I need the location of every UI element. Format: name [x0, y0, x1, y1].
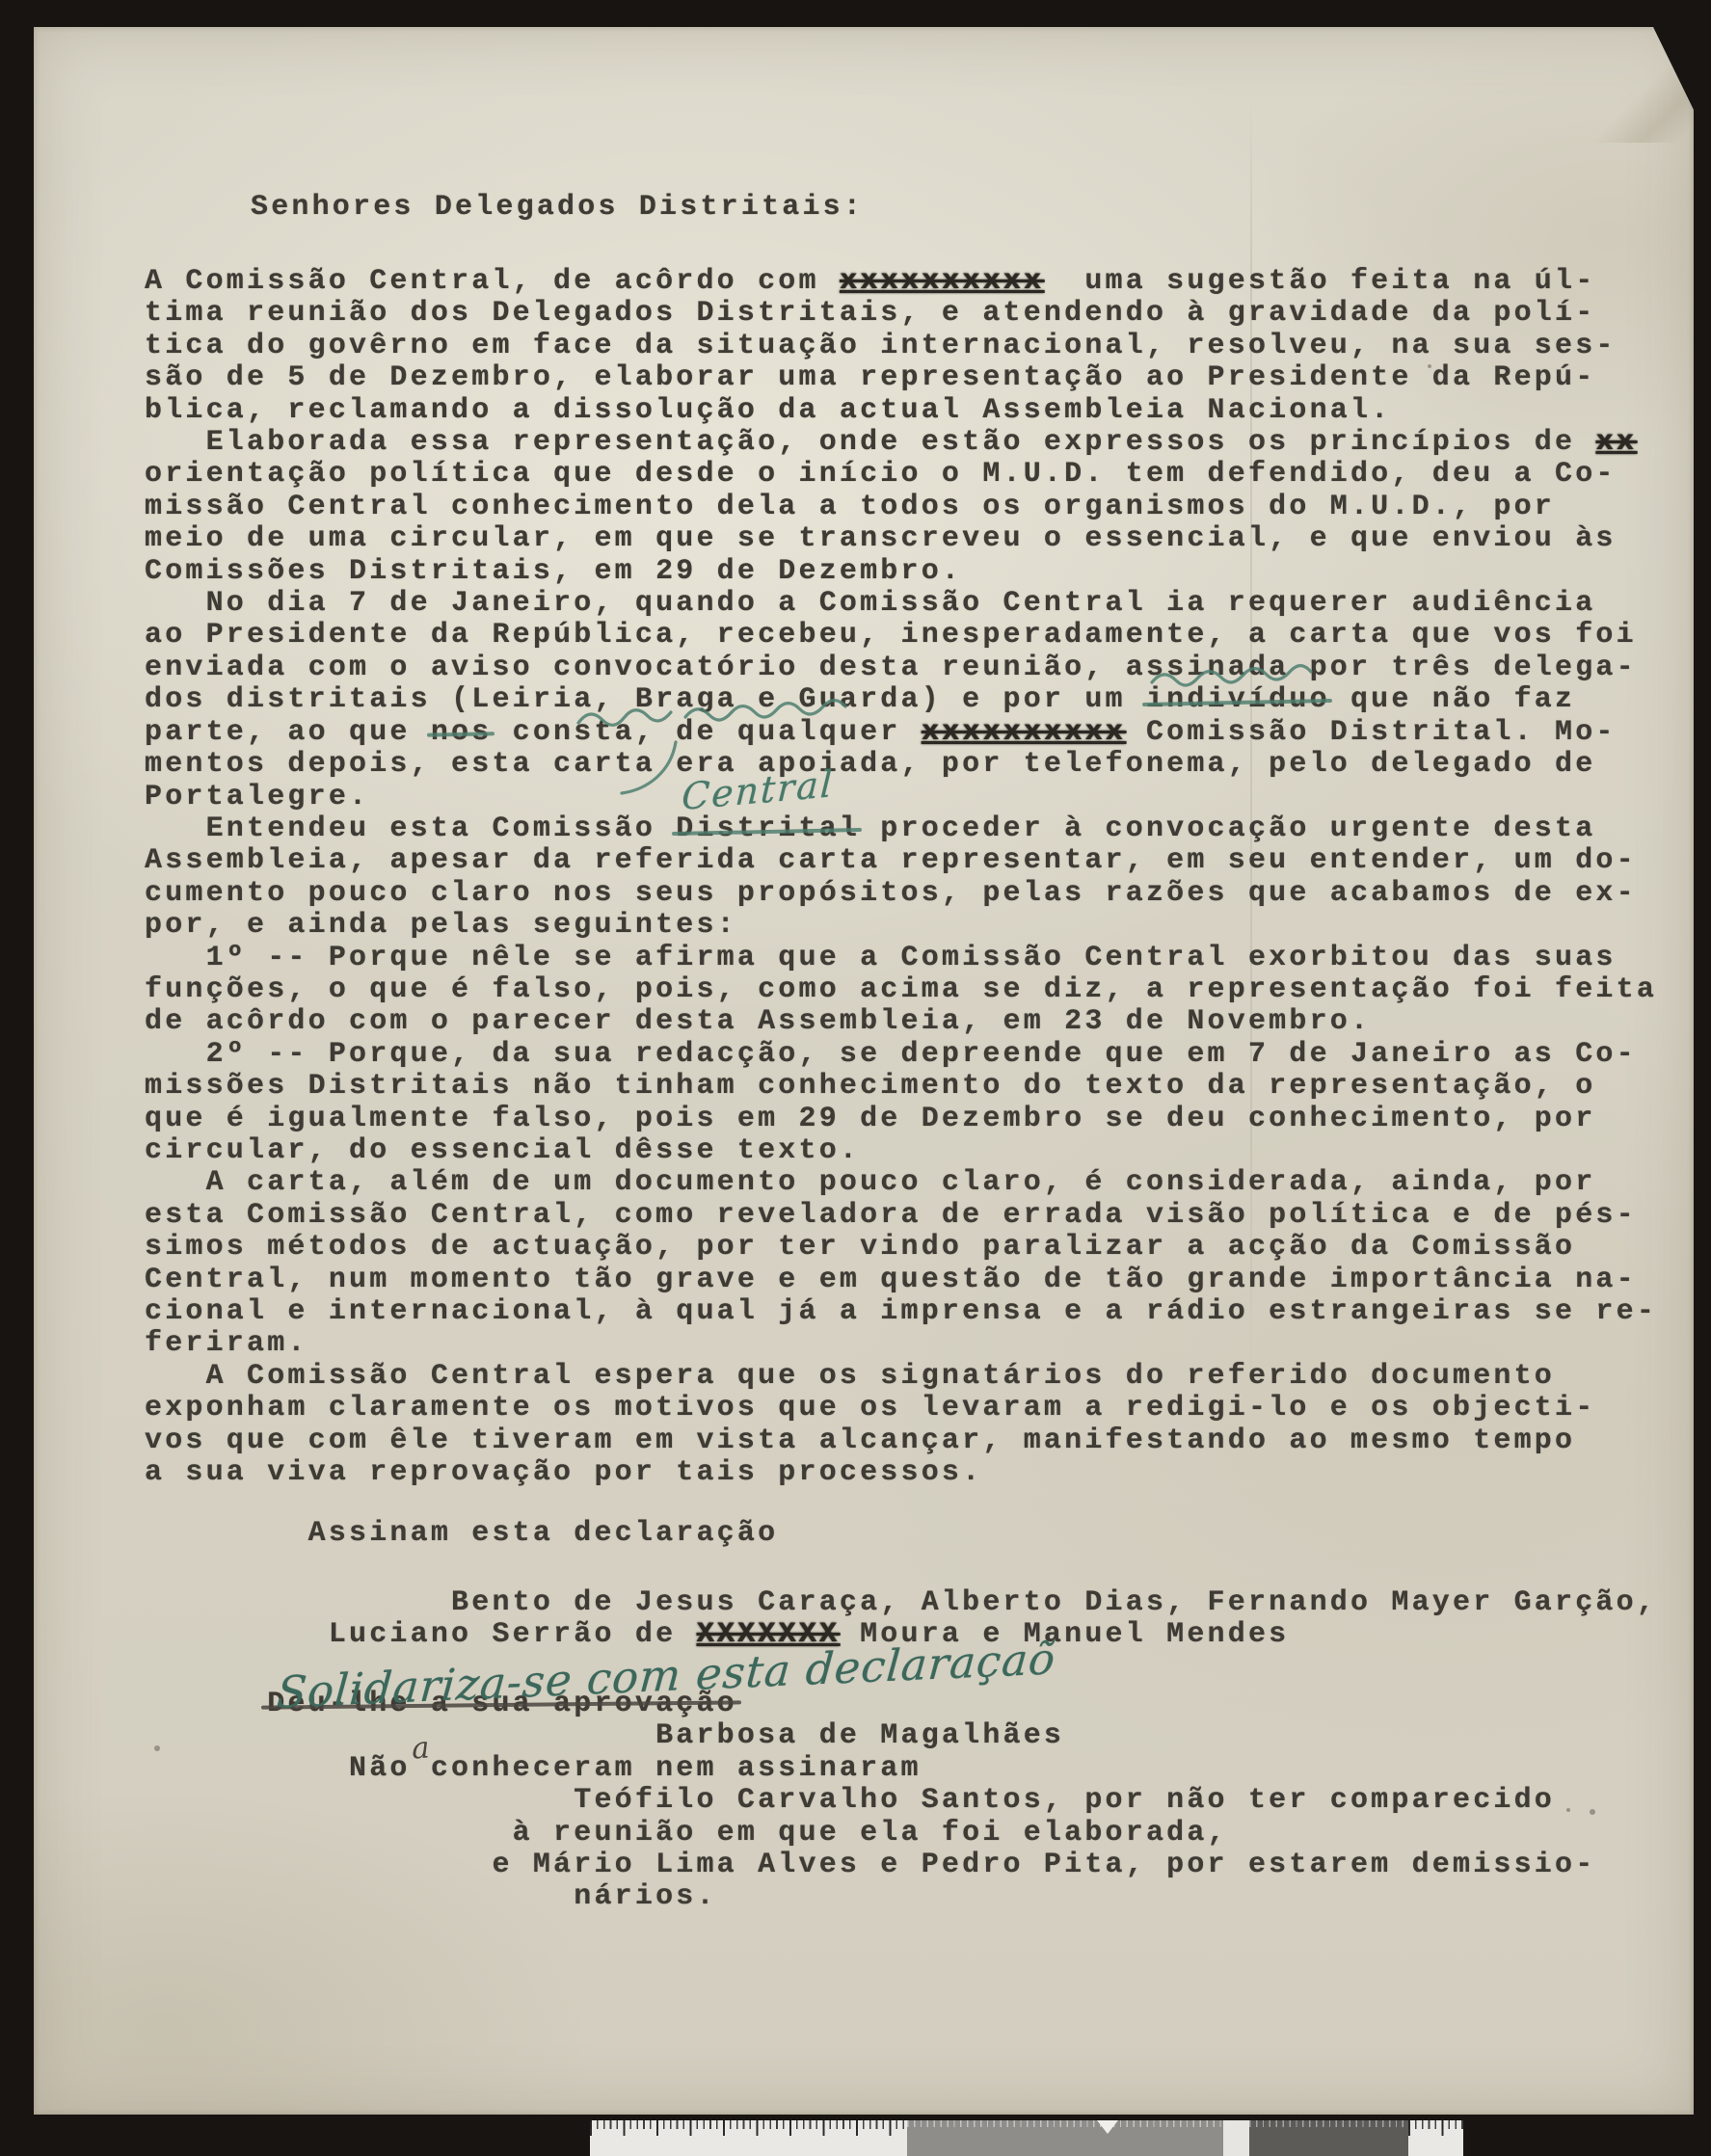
typed-segment: Assembleia, apesar da referida carta rep… [145, 844, 1637, 877]
typed-line: vos que com êle tiveram em vista alcança… [145, 1425, 1657, 1457]
text-block-heading: Senhores Delegados Distritais: [251, 192, 864, 224]
typed-segment: uma sugestão feita na úl- [1044, 265, 1595, 298]
typed-segment: Senhores Delegados Distritais: [251, 191, 864, 224]
typed-line: missão Central conhecimento dela a todos… [145, 492, 1657, 523]
typed-line: 2º -- Porque, da sua redacção, se depree… [145, 1039, 1657, 1071]
typed-line: missões Distritais não tinham conhecimen… [145, 1071, 1657, 1103]
typed-segment: por, e ainda pelas seguintes: [145, 909, 737, 942]
typed-segment: cumento pouco claro nos seus propósitos,… [145, 877, 1637, 910]
typed-line: esta Comissão Central, como reveladora d… [145, 1200, 1657, 1232]
scan-ruler-gray [907, 2120, 1223, 2156]
typed-segment: que é igualmente falso, pois em 29 de De… [145, 1103, 1595, 1135]
typed-segment: esta Comissão Central, como reveladora d… [145, 1199, 1637, 1232]
typed-line: A carta, além de um documento pouco clar… [145, 1167, 1657, 1199]
overtyped-deletion: xx [1595, 426, 1636, 459]
typed-segment: Comissão Distrital. Mo- [1126, 716, 1617, 749]
typed-segment: são de 5 de Dezembro, elaborar uma repre… [145, 361, 1595, 394]
typed-segment: simos métodos de actuação, por ter vindo… [145, 1231, 1575, 1264]
typed-line: No dia 7 de Janeiro, quando a Comissão C… [145, 588, 1657, 620]
typed-segment: proceder à convocação urgente desta [860, 812, 1595, 845]
typed-segment: 1º -- Porque nêle se afirma que a Comiss… [145, 942, 1617, 974]
pen-strikethrough: nos [431, 716, 493, 749]
typed-segment: Portalegre. [145, 781, 369, 813]
typed-line: cumento pouco claro nos seus propósitos,… [145, 878, 1657, 910]
corner-fold-shade [1537, 27, 1701, 143]
scan-ruler-dark [1249, 2120, 1408, 2156]
typed-line: parte, ao que nos consta, de qualquer xx… [145, 717, 1657, 749]
typed-line: mentos depois, esta carta era apoiada, p… [145, 749, 1657, 781]
text-block-body: A Comissão Central, de acôrdo com xxxxxx… [145, 266, 1657, 1489]
typed-segment: exponham claramente os motivos que os le… [145, 1392, 1595, 1424]
text-block-declaration-lead: Assinam esta declaração [145, 1518, 778, 1550]
typed-segment: Teófilo Carvalho Santos, por não ter com… [145, 1784, 1555, 1817]
typed-line: Comissões Distritais, em 29 de Dezembro. [145, 556, 1657, 588]
typed-line: 1º -- Porque nêle se afirma que a Comiss… [145, 943, 1657, 974]
typed-line: Assinam esta declaração [145, 1518, 778, 1550]
typed-segment: Não conheceram nem assinaram [145, 1752, 922, 1785]
typed-segment: 2º -- Porque, da sua redacção, se depree… [145, 1038, 1637, 1071]
typed-segment: Entendeu esta Comissão [145, 812, 676, 845]
typed-segment: enviada com o aviso convocatório desta r… [145, 652, 1637, 684]
typed-line: e Mário Lima Alves e Pedro Pita, por est… [145, 1850, 1595, 1881]
typed-line: Senhores Delegados Distritais: [251, 192, 864, 224]
typed-line: meio de uma circular, em que se transcre… [145, 523, 1657, 555]
typed-segment: Barbosa de Magalhães [145, 1719, 1064, 1752]
typed-segment: Luciano Serrão de [145, 1618, 696, 1651]
typed-line: Assembleia, apesar da referida carta rep… [145, 845, 1657, 877]
typed-line: por, e ainda pelas seguintes: [145, 910, 1657, 942]
typed-line: Portalegre. [145, 782, 1657, 813]
scan-background: Senhores Delegados Distritais:A Comissão… [0, 0, 1711, 2156]
typed-segment: A Comissão Central espera que os signatá… [145, 1360, 1555, 1393]
typed-segment: a sua viva reprovação por tais processos… [145, 1456, 982, 1489]
pen-strikethrough: indivíduo [1146, 683, 1330, 716]
typed-line: ao Presidente da República, recebeu, ine… [145, 620, 1657, 652]
typed-line: A Comissão Central espera que os signatá… [145, 1361, 1657, 1393]
typed-segment: nários. [145, 1880, 717, 1913]
text-block-approvals: Deu-lhe a sua aprovação Barbosa de Magal… [145, 1689, 1595, 1914]
typed-segment: circular, do essencial dêsse texto. [145, 1134, 860, 1167]
typed-segment: feriram. [145, 1327, 308, 1360]
typed-segment: A Comissão Central, de acôrdo com [145, 265, 840, 298]
typed-segment: missão Central conhecimento dela a todos… [145, 491, 1555, 523]
typed-segment: No dia 7 de Janeiro, quando a Comissão C… [145, 587, 1595, 620]
typed-line: Central, num momento tão grave e em ques… [145, 1264, 1657, 1296]
typed-segment: meio de uma circular, em que se transcre… [145, 522, 1617, 555]
typed-segment: Central, num momento tão grave e em ques… [145, 1264, 1637, 1296]
typed-segment: e Mário Lima Alves e Pedro Pita, por est… [145, 1849, 1595, 1881]
typed-line: orientação política que desde o início o… [145, 459, 1657, 491]
typed-segment [145, 1688, 267, 1720]
pen-strikethrough: Distrital [676, 812, 860, 845]
typed-line: a sua viva reprovação por tais processos… [145, 1457, 1657, 1489]
typed-line: dos distritais (Leiria, Braga e Guarda) … [145, 684, 1657, 716]
scan-ruler-white-left [590, 2120, 907, 2156]
typed-segment: ao Presidente da República, recebeu, ine… [145, 619, 1637, 652]
typed-segment: blica, reclamando a dissolução da actual… [145, 394, 1391, 427]
typed-segment: à reunião em que ela foi elaborada, [145, 1817, 1228, 1850]
overtyped-deletion: xxxxxxxxxx [922, 716, 1126, 749]
document-page: Senhores Delegados Distritais:A Comissão… [34, 27, 1694, 2115]
typed-segment: funções, o que é falso, pois, como acima… [145, 973, 1657, 1006]
scan-ruler-white-sliver [1223, 2120, 1249, 2156]
typed-segment: dos distritais (Leiria, Braga e Guarda) … [145, 683, 1146, 716]
typed-line: A Comissão Central, de acôrdo com xxxxxx… [145, 266, 1657, 298]
typed-segment: tica do govêrno em face da situação inte… [145, 330, 1617, 362]
typed-segment: orientação política que desde o início o… [145, 458, 1617, 491]
handwritten-inserted-a: a [411, 1730, 431, 1766]
typed-segment: de acôrdo com o parecer desta Assembleia… [145, 1005, 1371, 1038]
typed-line: simos métodos de actuação, por ter vindo… [145, 1232, 1657, 1264]
typed-segment: consta, de qualquer [492, 716, 921, 749]
typed-line: de acôrdo com o parecer desta Assembleia… [145, 1006, 1657, 1038]
typed-line: Não conheceram nem assinaram [145, 1753, 1595, 1785]
typed-segment: Bento de Jesus Caraça, Alberto Dias, Fer… [145, 1586, 1657, 1619]
typed-line: feriram. [145, 1328, 1657, 1360]
typed-segment: A carta, além de um documento pouco clar… [145, 1166, 1595, 1199]
typed-segment: tima reunião dos Delegados Distritais, e… [145, 297, 1595, 330]
typed-segment: parte, ao que [145, 716, 431, 749]
typed-segment: Comissões Distritais, em 29 de Dezembro. [145, 555, 962, 588]
typed-segment: vos que com êle tiveram em vista alcança… [145, 1424, 1575, 1457]
typed-line: à reunião em que ela foi elaborada, [145, 1818, 1595, 1850]
typed-segment: que não faz [1330, 683, 1575, 716]
typed-segment: missões Distritais não tinham conhecimen… [145, 1070, 1595, 1103]
typed-segment: mentos depois, esta carta era apoiada, p… [145, 748, 1595, 781]
overtyped-deletion: xxxxxxxxxx [840, 265, 1044, 298]
typed-line: blica, reclamando a dissolução da actual… [145, 395, 1657, 427]
calibration-triangle [1097, 2120, 1118, 2134]
typed-segment: cional e internacional, à qual já a impr… [145, 1295, 1657, 1328]
typed-segment: Elaborada essa representação, onde estão… [145, 426, 1595, 459]
typed-line: Barbosa de Magalhães [145, 1720, 1595, 1752]
typed-line: Entendeu esta Comissão Distrital procede… [145, 813, 1657, 845]
typed-line: que é igualmente falso, pois em 29 de De… [145, 1104, 1657, 1135]
typed-line: são de 5 de Dezembro, elaborar uma repre… [145, 362, 1657, 394]
typed-line: Bento de Jesus Caraça, Alberto Dias, Fer… [145, 1587, 1657, 1619]
typed-line: Elaborada essa representação, onde estão… [145, 427, 1657, 459]
typed-line: nários. [145, 1881, 1595, 1913]
typed-line: tica do govêrno em face da situação inte… [145, 331, 1657, 362]
typed-line: circular, do essencial dêsse texto. [145, 1135, 1657, 1167]
typed-line: exponham claramente os motivos que os le… [145, 1393, 1657, 1424]
typed-line: funções, o que é falso, pois, como acima… [145, 974, 1657, 1006]
typed-line: tima reunião dos Delegados Distritais, e… [145, 298, 1657, 330]
typed-line: Teófilo Carvalho Santos, por não ter com… [145, 1785, 1595, 1817]
typed-segment: Assinam esta declaração [145, 1517, 778, 1550]
scan-ruler-white-right [1408, 2120, 1463, 2156]
typed-line: cional e internacional, à qual já a impr… [145, 1296, 1657, 1328]
typed-line: enviada com o aviso convocatório desta r… [145, 652, 1657, 684]
